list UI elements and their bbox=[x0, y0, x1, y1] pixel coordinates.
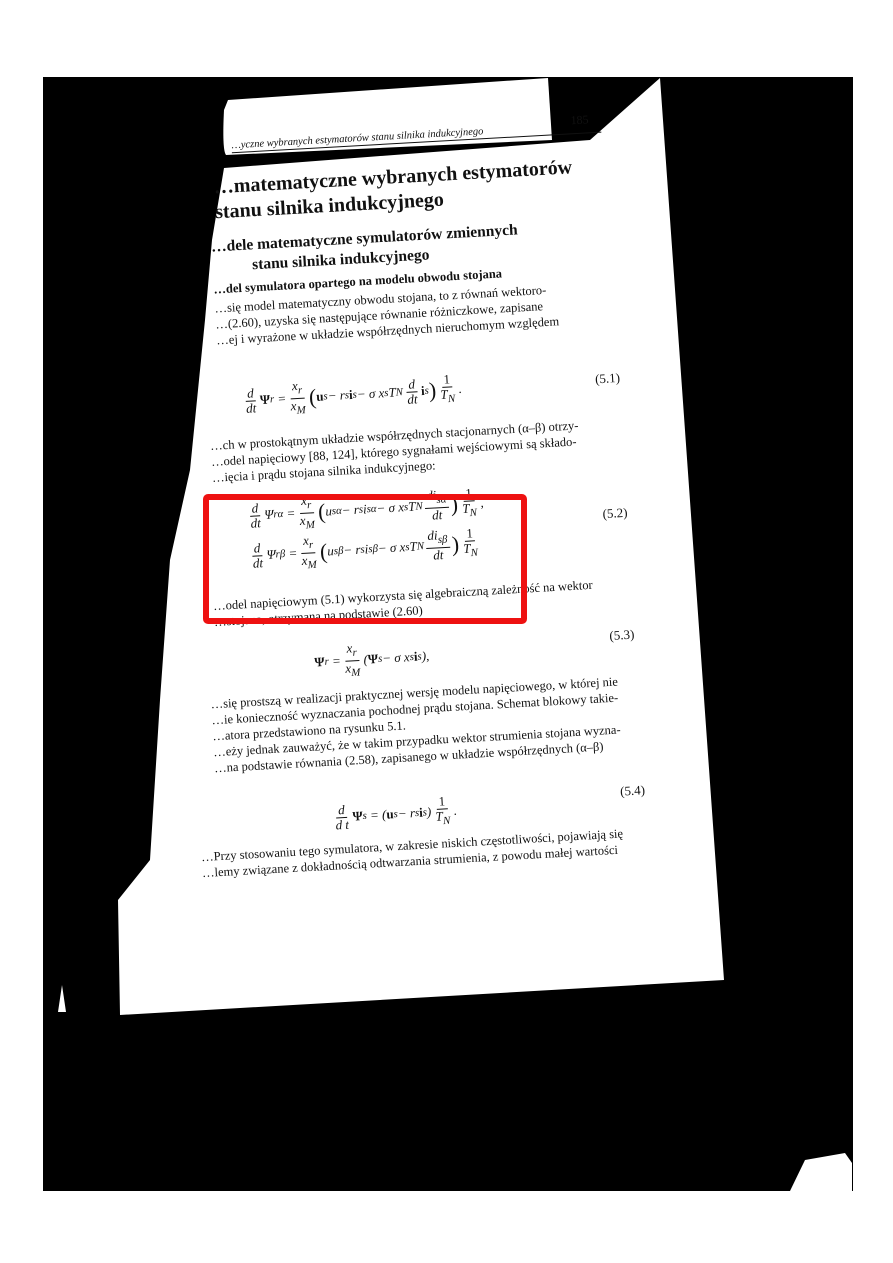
equation-number: (5.1) bbox=[595, 370, 621, 387]
equation-number: (5.4) bbox=[620, 782, 646, 799]
highlight-box-equation-5-2 bbox=[203, 494, 527, 624]
equation-number: (5.3) bbox=[609, 627, 635, 644]
equation-5-3: Ψr = xrxM (Ψs − σ xsis), (5.3) bbox=[313, 636, 430, 682]
fraction: xrxM bbox=[287, 378, 308, 417]
fraction: ddt bbox=[243, 386, 259, 416]
fraction: ddt bbox=[404, 377, 420, 407]
equation-5-4: dd t Ψs = (us − rsis) 1TN. (5.4) bbox=[330, 791, 458, 838]
equation-number: (5.2) bbox=[602, 505, 628, 522]
page-number: 185 bbox=[570, 112, 589, 128]
fraction: 1TN bbox=[437, 372, 457, 407]
